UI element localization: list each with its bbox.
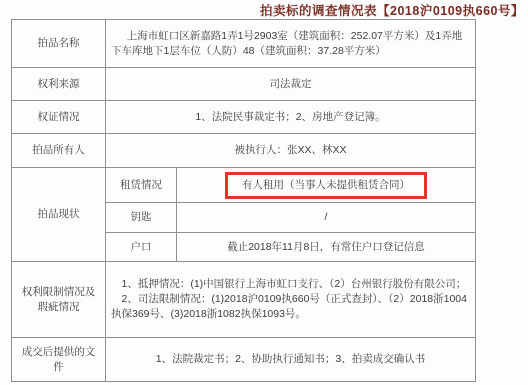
row-label-rights-source: 权利来源 bbox=[12, 68, 106, 101]
row-label-owner: 拍品所有人 bbox=[12, 134, 106, 168]
row-label-restrictions: 权利限制情况及瑕疵情况 bbox=[12, 262, 106, 338]
table-row: 权利来源 司法裁定 bbox=[12, 68, 476, 101]
rental-status-highlight-box: 有人租用（当事人未提供租赁合同） bbox=[225, 172, 427, 199]
row-label-current-status: 拍品现状 bbox=[12, 168, 106, 262]
row-value-item-name: 上海市虹口区新嘉路1弄1号2903室（建筑面积：252.07平方米）及1弄地下车… bbox=[106, 20, 476, 68]
row-value-rights-source: 司法裁定 bbox=[106, 68, 476, 101]
table-row: 拍品所有人 被执行人：张XX、林XX bbox=[12, 134, 476, 168]
row-label-documents-provided: 成交后提供的文件 bbox=[12, 338, 106, 382]
row-value-certificate-status: 1、法院民事裁定书；2、房地产登记簿。 bbox=[106, 101, 476, 134]
table-row: 权证情况 1、法院民事裁定书；2、房地产登记簿。 bbox=[12, 101, 476, 134]
document-title: 拍卖标的调查情况表【2018沪0109执660号】 bbox=[260, 1, 524, 19]
subrow-value-household-registration: 截止2018年11月8日，有常住户口登记信息 bbox=[177, 233, 476, 262]
subrow-label-keys: 钥匙 bbox=[106, 203, 177, 233]
row-label-certificate-status: 权证情况 bbox=[12, 101, 106, 134]
row-value-documents-provided: 1、法院裁定书；2、协助执行通知书；3、拍卖成交确认书 bbox=[106, 338, 476, 382]
subrow-value-keys: / bbox=[177, 203, 476, 233]
subrow-label-household-registration: 户口 bbox=[106, 233, 177, 262]
restrictions-line-judicial: 2、司法限制情况：(1)2018沪0109执660号（正式查封）、（2）2018… bbox=[111, 292, 470, 322]
row-value-restrictions: 1、抵押情况：(1)中国银行上海市虹口支行、（2）台州银行股份有限公司； 2、司… bbox=[106, 262, 476, 338]
table-row: 权利限制情况及瑕疵情况 1、抵押情况：(1)中国银行上海市虹口支行、（2）台州银… bbox=[12, 262, 476, 338]
table-row: 拍品现状 租赁情况 有人租用（当事人未提供租赁合同） bbox=[12, 168, 476, 203]
subrow-value-rental-status: 有人租用（当事人未提供租赁合同） bbox=[177, 168, 476, 203]
restrictions-line-mortgage: 1、抵押情况：(1)中国银行上海市虹口支行、（2）台州银行股份有限公司； bbox=[111, 277, 470, 292]
document-page: 拍卖标的调查情况表【2018沪0109执660号】 拍品名称 上海市虹口区新嘉路… bbox=[0, 0, 528, 385]
row-label-item-name: 拍品名称 bbox=[12, 20, 106, 68]
row-value-owner: 被执行人：张XX、林XX bbox=[106, 134, 476, 168]
subrow-label-rental-status: 租赁情况 bbox=[106, 168, 177, 203]
investigation-table: 拍品名称 上海市虹口区新嘉路1弄1号2903室（建筑面积：252.07平方米）及… bbox=[11, 19, 476, 382]
table-row: 成交后提供的文件 1、法院裁定书；2、协助执行通知书；3、拍卖成交确认书 bbox=[12, 338, 476, 382]
table-row: 拍品名称 上海市虹口区新嘉路1弄1号2903室（建筑面积：252.07平方米）及… bbox=[12, 20, 476, 68]
